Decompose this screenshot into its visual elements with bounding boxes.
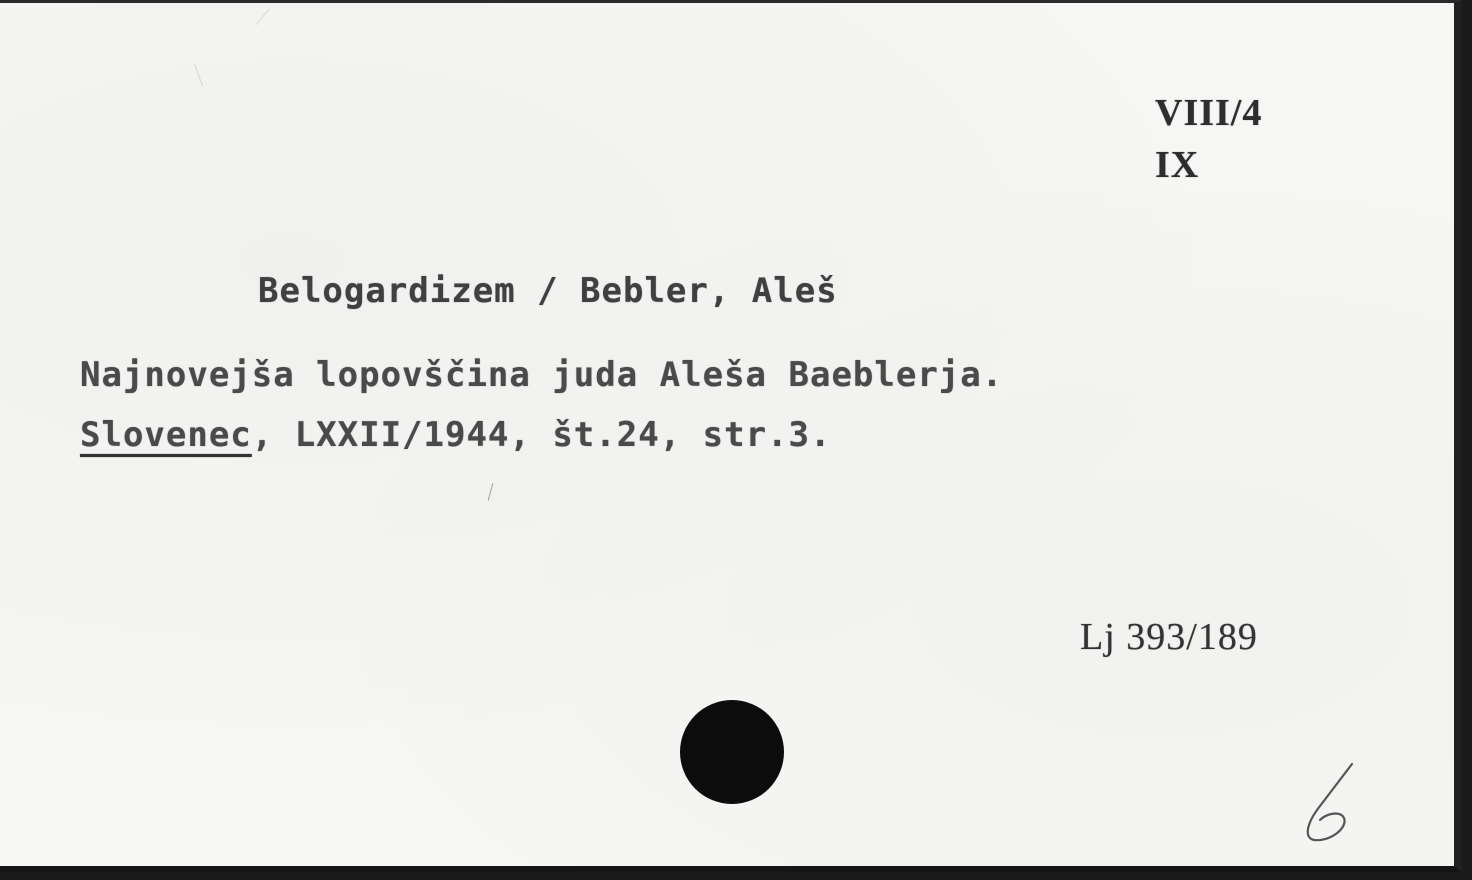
call-number: Lj 393/189 bbox=[1080, 615, 1258, 659]
subject-heading: Belogardizem / Bebler, Aleš bbox=[258, 271, 838, 311]
entry-source: Slovenec, LXXII/1944, št.24, str.3. bbox=[80, 415, 831, 455]
shelf-mark-line-1: VIII/4 bbox=[1155, 91, 1262, 135]
paper-scratch bbox=[194, 64, 203, 87]
punch-hole-icon bbox=[680, 700, 784, 804]
catalog-card: VIII/4 IX Belogardizem / Bebler, Aleš Na… bbox=[0, 0, 1462, 872]
paper-scratch bbox=[488, 483, 494, 501]
paper-scratch bbox=[256, 9, 270, 25]
entry-title: Najnovejša lopovščina juda Aleša Baebler… bbox=[80, 355, 1003, 395]
shelf-mark-line-2: IX bbox=[1155, 143, 1199, 187]
handwritten-number-icon bbox=[1300, 758, 1360, 848]
source-details: , LXXII/1944, št.24, str.3. bbox=[252, 415, 832, 455]
source-name: Slovenec bbox=[80, 415, 252, 455]
